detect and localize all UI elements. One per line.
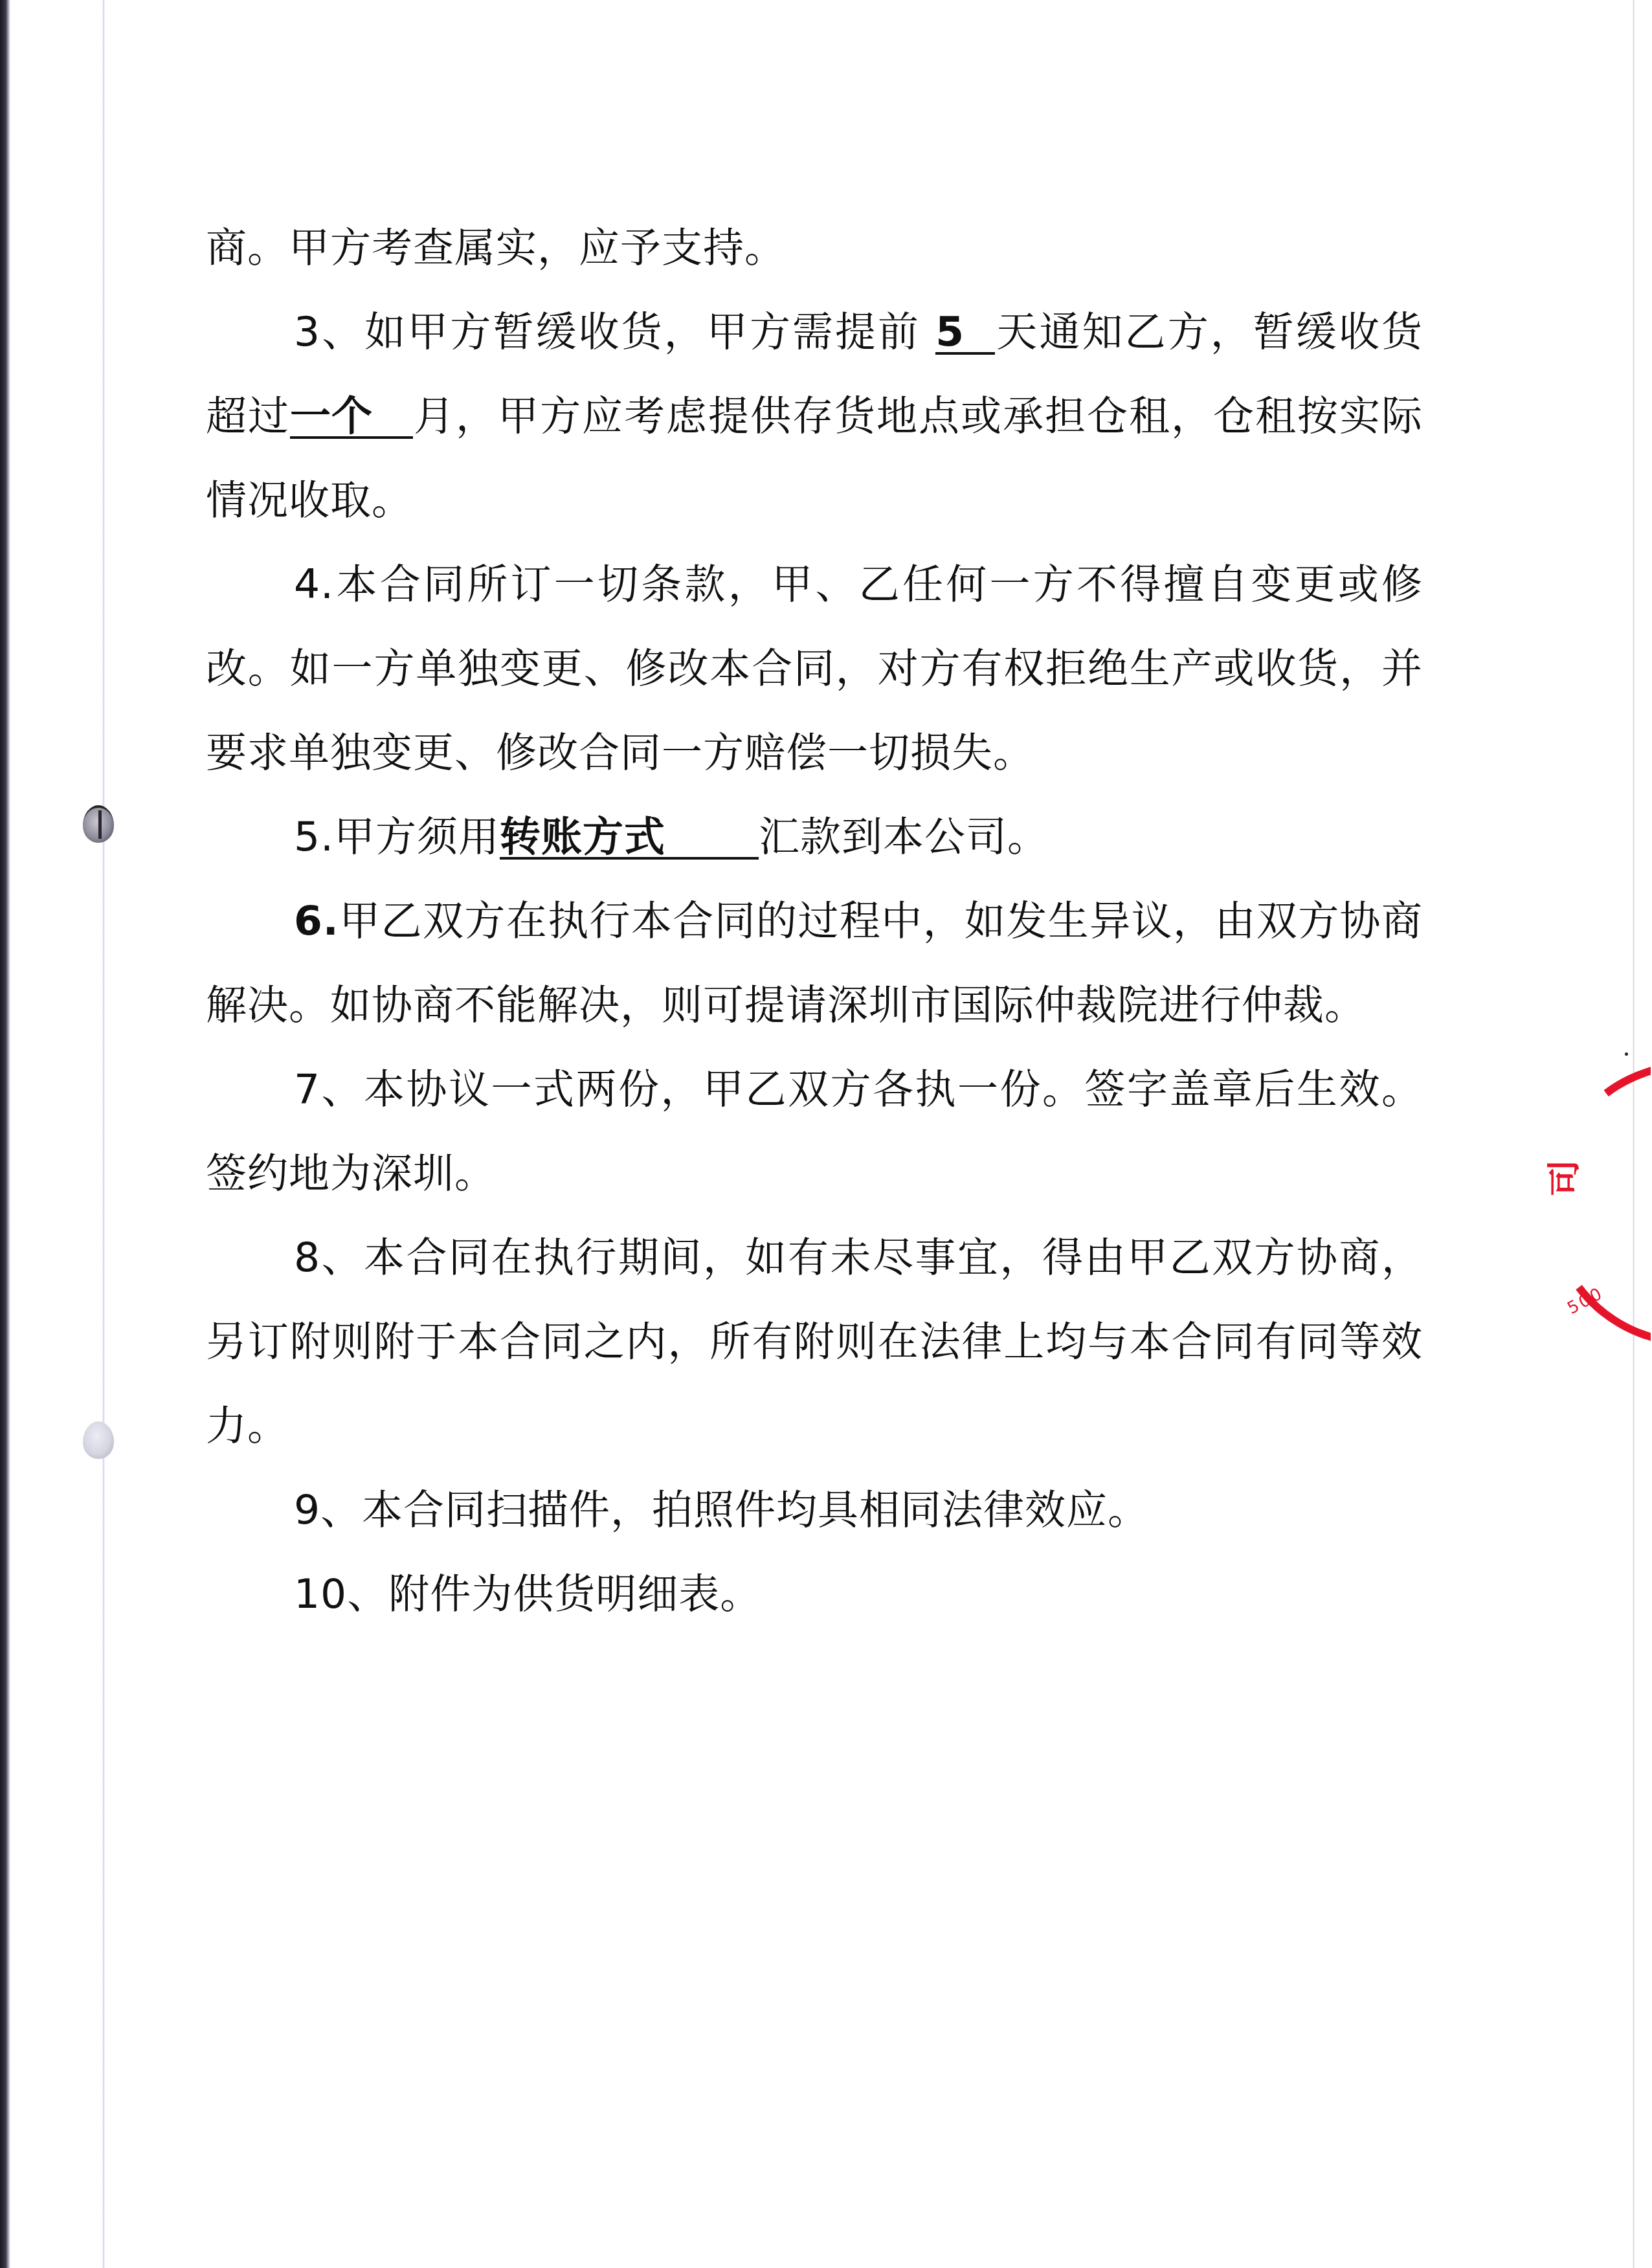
- scan-speck: [1625, 1052, 1628, 1056]
- payment-method-blank: 转账方式: [500, 817, 759, 860]
- clause-text: 9、本合同扫描件，拍照件均具相同法律效应。: [294, 1486, 1149, 1533]
- binding-hole-icon: [83, 1421, 114, 1459]
- clause-6: 6.甲乙双方在执行本合同的过程中，如发生异议，由双方协商解决。如协商不能解决，则…: [206, 879, 1423, 1047]
- company-seal-stamp: 公司 500: [1547, 1062, 1651, 1346]
- clause-number: 6.: [294, 897, 339, 944]
- clause-text: 7、本协议一式两份，甲乙双方各执一份。签字盖章后生效。签约地为深圳。: [206, 1065, 1423, 1197]
- fold-line: [102, 0, 105, 2268]
- binding-hole-icon: [83, 805, 114, 843]
- paragraph-continuation: 商。甲方考查属实，应予支持。: [206, 206, 1423, 290]
- clause-10: 10、附件为供货明细表。: [206, 1552, 1423, 1636]
- clause-4: 4.本合同所订一切条款，甲、乙任何一方不得擅自变更或修改。如一方单独变更、修改本…: [206, 542, 1423, 795]
- clause-text: 汇款到本公司。: [759, 813, 1049, 860]
- clause-5: 5.甲方须用转账方式汇款到本公司。: [206, 795, 1423, 879]
- clause-text: 10、附件为供货明细表。: [294, 1570, 761, 1618]
- storage-period-blank: 一个: [290, 396, 413, 439]
- clause-text: 4.本合同所订一切条款，甲、乙任何一方不得擅自变更或修改。如一方单独变更、修改本…: [206, 561, 1423, 776]
- clause-text: 3、如甲方暂缓收货，甲方需提前: [294, 308, 935, 355]
- paragraph-text: 商。甲方考查属实，应予支持。: [206, 224, 786, 271]
- clause-7: 7、本协议一式两份，甲乙双方各执一份。签字盖章后生效。签约地为深圳。: [206, 1047, 1423, 1216]
- clause-text: 甲乙双方在执行本合同的过程中，如发生异议，由双方协商解决。如协商不能解决，则可提…: [206, 897, 1423, 1028]
- contract-body: 商。甲方考查属实，应予支持。 3、如甲方暂缓收货，甲方需提前 5天通知乙方，暂缓…: [206, 206, 1423, 1636]
- clause-9: 9、本合同扫描件，拍照件均具相同法律效应。: [206, 1468, 1423, 1552]
- clause-8: 8、本合同在执行期间，如有未尽事宜，得由甲乙双方协商，另订附则附于本合同之内，所…: [206, 1216, 1423, 1468]
- clause-3: 3、如甲方暂缓收货，甲方需提前 5天通知乙方，暂缓收货超过一个月，甲方应考虑提供…: [206, 290, 1423, 542]
- seal-text: 公司: [1547, 1159, 1582, 1210]
- scan-edge-shadow: [0, 0, 10, 2268]
- notice-days-blank: 5: [935, 312, 995, 355]
- clause-text: 8、本合同在执行期间，如有未尽事宜，得由甲乙双方协商，另订附则附于本合同之内，所…: [206, 1234, 1423, 1449]
- clause-text: 5.甲方须用: [294, 813, 500, 860]
